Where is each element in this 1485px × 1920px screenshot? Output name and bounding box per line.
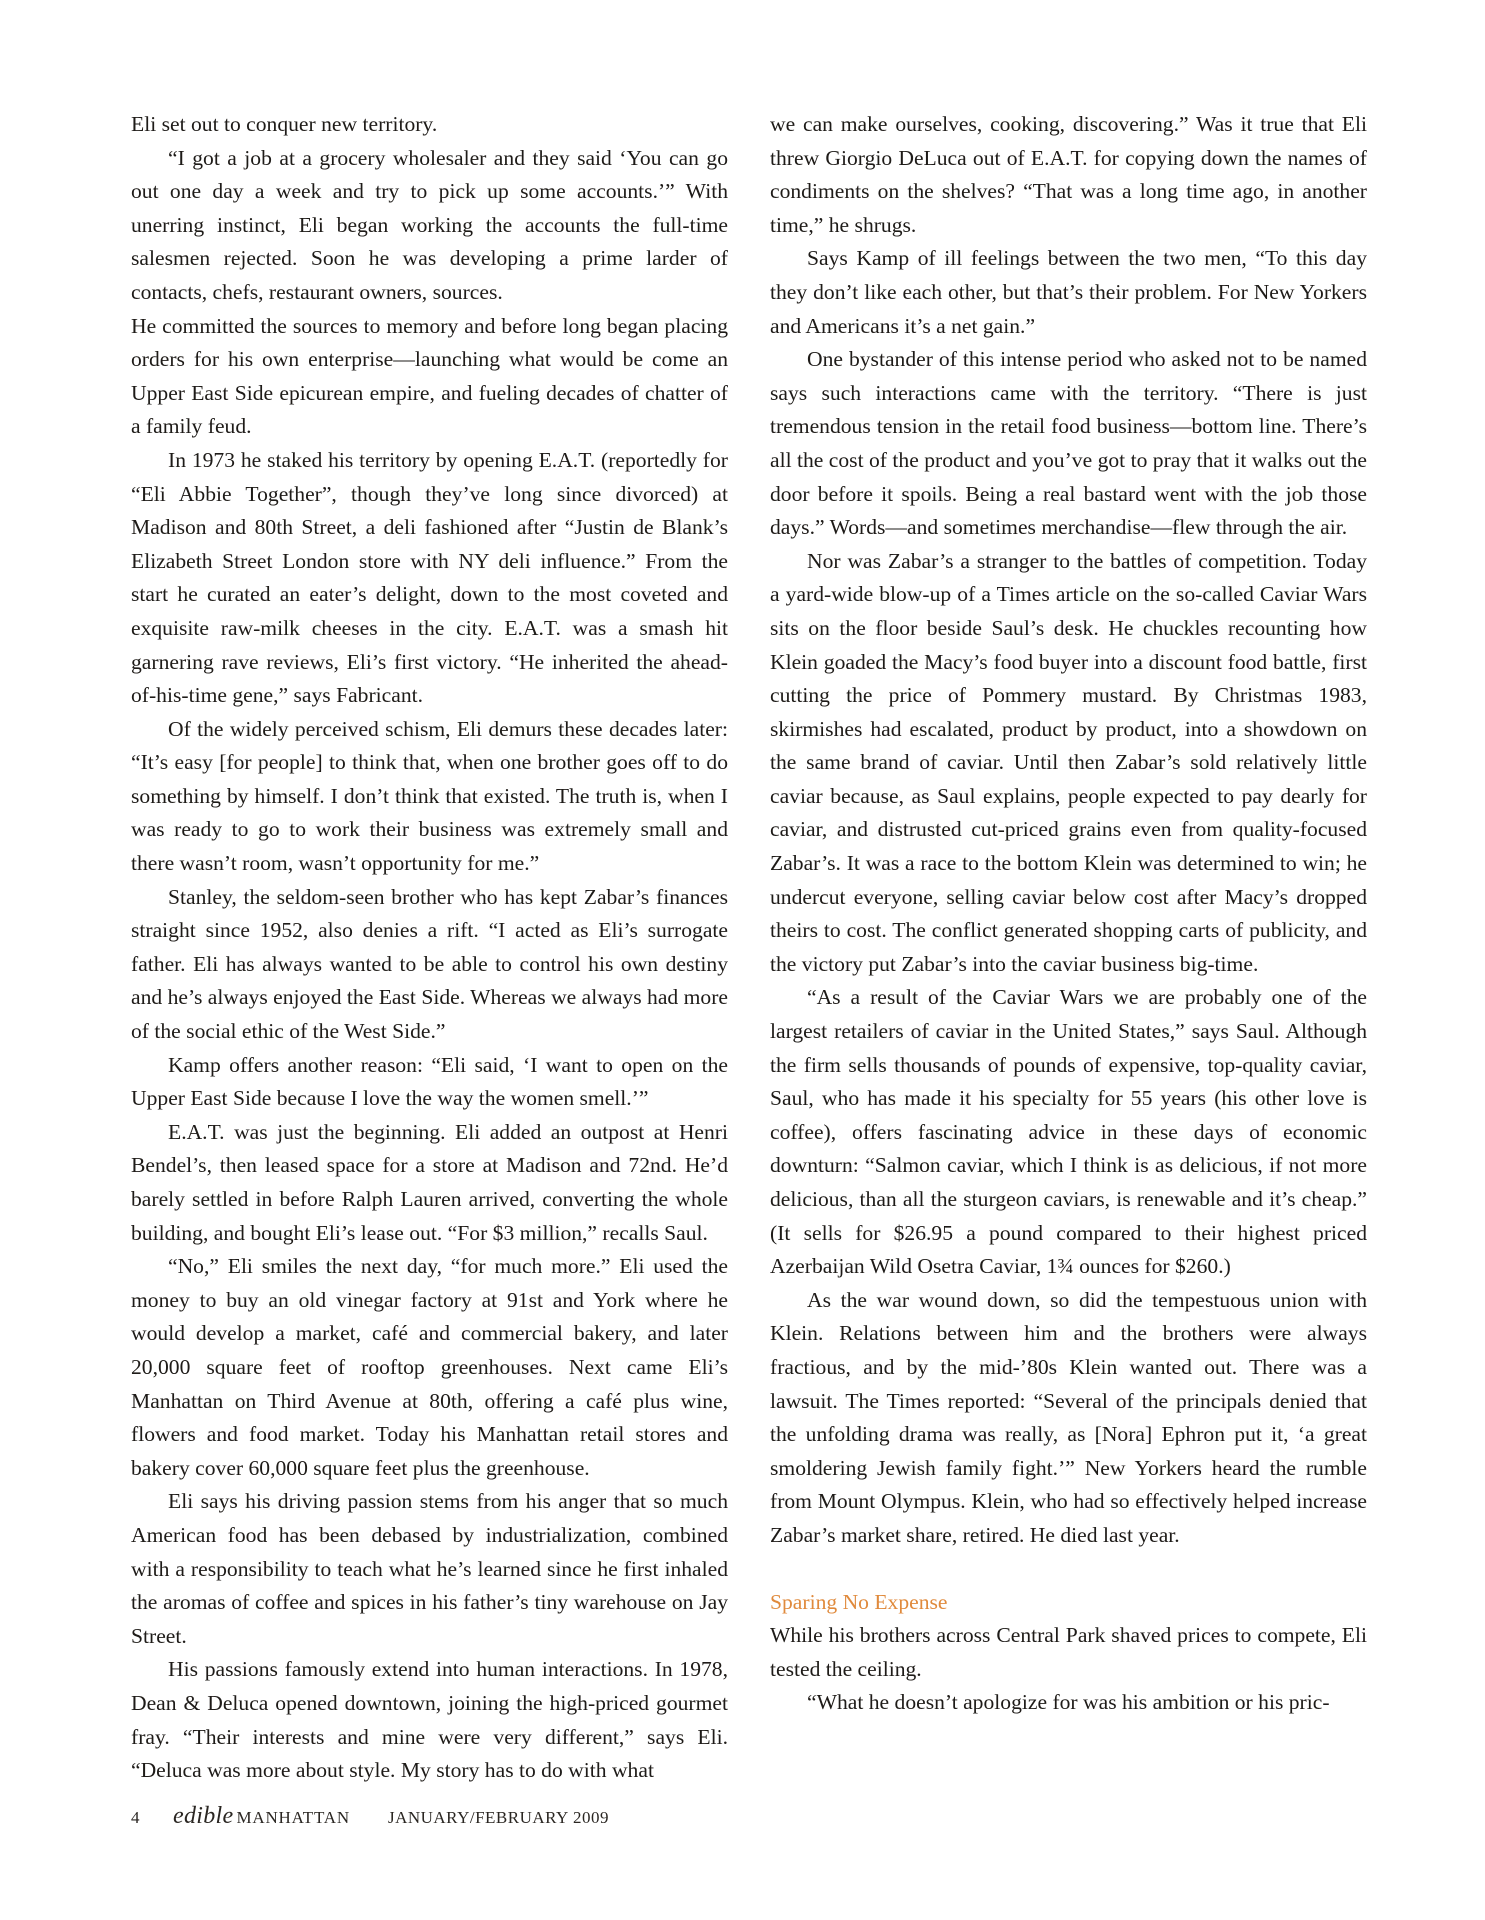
paragraph: As the war wound down, so did the tempes… <box>770 1284 1367 1553</box>
page-number: 4 <box>131 1806 173 1830</box>
paragraph: “As a result of the Caviar Wars we are p… <box>770 981 1367 1283</box>
paragraph: His passions famously extend into human … <box>131 1653 728 1787</box>
article-column-right: we can make ourselves, cooking, discover… <box>770 108 1367 1720</box>
paragraph: Of the widely perceived schism, Eli demu… <box>131 713 728 881</box>
paragraph: Says Kamp of ill feelings between the tw… <box>770 242 1367 343</box>
paragraph: One bystander of this intense period who… <box>770 343 1367 545</box>
paragraph: While his brothers across Central Park s… <box>770 1619 1367 1686</box>
paragraph: “No,” Eli smiles the next day, “for much… <box>131 1250 728 1485</box>
paragraph: “I got a job at a grocery wholesaler and… <box>131 142 728 310</box>
magazine-page: Eli set out to conquer new territory. “I… <box>0 0 1485 1920</box>
article-column-left: Eli set out to conquer new territory. “I… <box>131 108 728 1788</box>
paragraph: E.A.T. was just the beginning. Eli added… <box>131 1116 728 1250</box>
paragraph: Nor was Zabar’s a stranger to the battle… <box>770 545 1367 982</box>
section-heading: Sparing No Expense <box>770 1586 1367 1620</box>
paragraph: Eli set out to conquer new territory. <box>131 108 728 142</box>
paragraph: Eli says his driving passion stems from … <box>131 1485 728 1653</box>
paragraph: He committed the sources to memory and b… <box>131 310 728 444</box>
magazine-brand-city: MANHATTAN <box>236 1808 350 1827</box>
paragraph: “What he doesn’t apologize for was his a… <box>770 1686 1367 1720</box>
paragraph: we can make ourselves, cooking, discover… <box>770 108 1367 242</box>
issue-date: JANUARY/FEBRUARY 2009 <box>388 1806 609 1830</box>
paragraph: Kamp offers another reason: “Eli said, ‘… <box>131 1049 728 1116</box>
paragraph: In 1973 he staked his territory by openi… <box>131 444 728 713</box>
page-footer: 4edibleMANHATTANJANUARY/FEBRUARY 2009 <box>131 1804 609 1830</box>
magazine-brand-edible: edible <box>173 1803 233 1829</box>
paragraph: Stanley, the seldom-seen brother who has… <box>131 881 728 1049</box>
